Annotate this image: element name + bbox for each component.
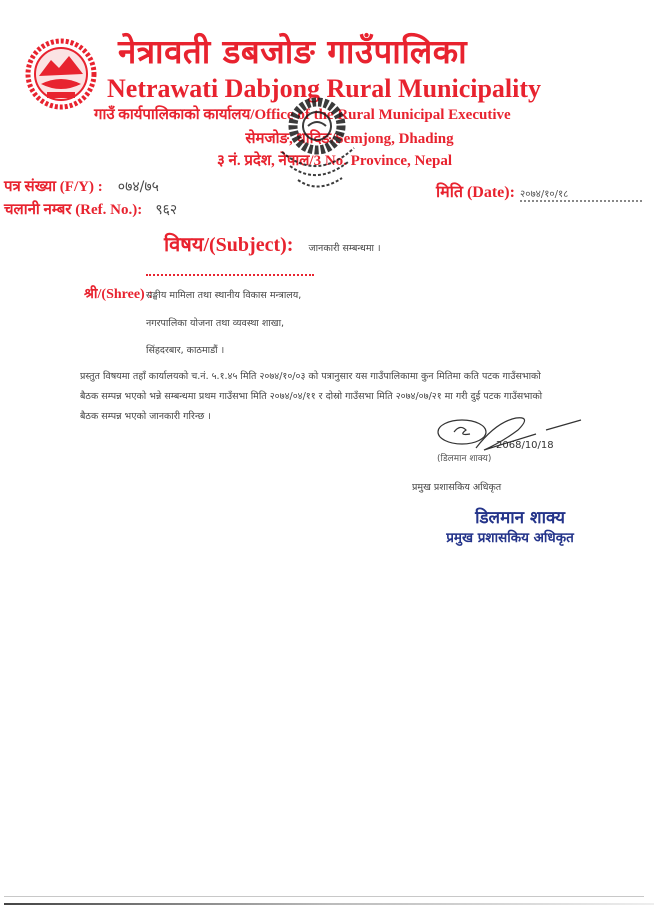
date-value: २०७४/१०/१८ [520,186,642,202]
subject-value: जानकारी सम्बन्धमा । [309,243,381,254]
date-row: मिति (Date): २०७४/१०/१८ [436,180,642,202]
reference-number-value: ९६२ [155,202,177,218]
fiscal-year-label: पत्र संख्या (F/Y) : [4,179,103,195]
municipality-name-nepali: नेत्रावती डबजोङ गाउँपालिका [118,28,467,73]
recipient-line: सिंहदरबार, काठमाडौं । [146,343,224,356]
subject-label: विषय/(Subject): [164,234,293,256]
office-seal-stamp-icon [262,96,372,206]
signatory-name-small: (डिलमान शाक्य) [437,451,491,464]
fiscal-year-value: ०७४/७५ [118,179,159,195]
footer-divider [4,903,654,905]
reference-number-label: चलानी नम्बर (Ref. No.): [4,202,142,218]
signatory-title-small: प्रमुख प्रशासकिय अधिकृत [412,480,501,493]
fiscal-year-row: पत्र संख्या (F/Y) : ०७४/७५ [4,176,159,196]
recipient-line: नगरपालिका योजना तथा व्यवस्था शाखा, [146,316,284,329]
recipient-line: सङ्घीय मामिला तथा स्थानीय विकास मन्त्राल… [146,288,301,301]
stamp-title: प्रमुख प्रशासकिय अधिकृत [420,528,600,546]
recipient-label-row: श्री/(Shree) : [84,283,153,303]
handwritten-date: 2068/10/18 [496,440,554,451]
municipality-emblem-icon [25,38,97,110]
date-label: मिति (Date): [436,184,515,201]
signatory-name-stamp: डिलमान शाक्य प्रमुख प्रशासकिय अधिकृत [420,505,600,546]
reference-number-row: चलानी नम्बर (Ref. No.): ९६२ [4,199,177,219]
recipient-label: श्री/(Shree) : [84,287,153,302]
footer-divider [4,896,644,897]
stamp-name: डिलमान शाक्य [420,505,600,528]
recipient-dotted-line [146,274,314,276]
subject-row: विषय/(Subject): जानकारी सम्बन्धमा । [164,230,381,257]
